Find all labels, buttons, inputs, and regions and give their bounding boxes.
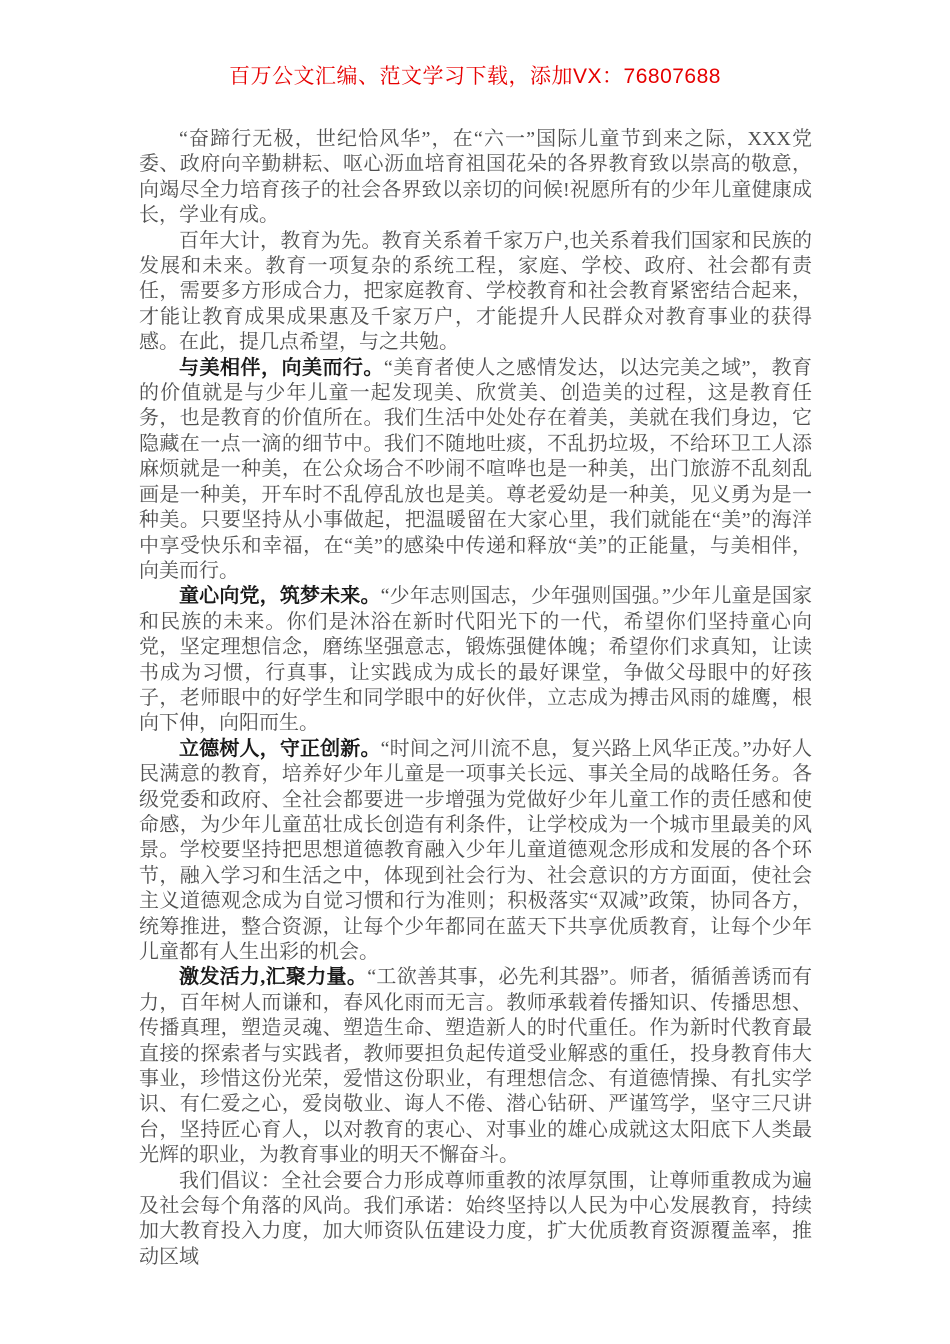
document-page: 百万公文汇编、范文学习下载，添加VX：76807688 “奋蹄行无极，世纪恰风华… <box>0 0 950 1344</box>
watermark-banner: 百万公文汇编、范文学习下载，添加VX：76807688 <box>0 64 950 90</box>
paragraph-vitality: 激发活力,汇聚力量。“工欲善其事，必先利其器”。师者，循循善诱而有力，百年树人而… <box>139 965 812 1168</box>
paragraph-beauty: 与美相伴，向美而行。“美育者使人之感情发达，以达完美之域”，教育的价值就是与少年… <box>139 356 812 585</box>
paragraph-text: 百年大计，教育为先。教育关系着千家万户,也关系着我们国家和民族的发展和未来。教育… <box>139 230 812 354</box>
paragraph-lead: 激发活力,汇聚力量。 <box>179 966 367 988</box>
paragraph-childheart: 童心向党，筑梦未来。“少年志则国志，少年强则国强。”少年儿童是国家和民族的未来。… <box>139 584 812 736</box>
paragraph-initiative: 我们倡议：全社会要合力形成尊师重教的浓厚氛围，让尊师重教成为遍及社会每个角落的风… <box>139 1169 812 1271</box>
document-body: “奋蹄行无极，世纪恰风华”，在“六一”国际儿童节到来之际，XXX党委、政府向辛勤… <box>139 127 812 1270</box>
paragraph-text: 我们倡议：全社会要合力形成尊师重教的浓厚氛围，让尊师重教成为遍及社会每个角落的风… <box>139 1170 812 1268</box>
paragraph-text: “工欲善其事，必先利其器”。师者，循循善诱而有力，百年树人而谦和，春风化雨而无言… <box>139 966 812 1166</box>
paragraph-lead: 童心向党，筑梦未来。 <box>179 585 381 607</box>
paragraph-text: “奋蹄行无极，世纪恰风华”，在“六一”国际儿童节到来之际，XXX党委、政府向辛勤… <box>139 128 812 226</box>
paragraph-lead: 立德树人，守正创新。 <box>179 738 381 760</box>
paragraph-education-first: 百年大计，教育为先。教育关系着千家万户,也关系着我们国家和民族的发展和未来。教育… <box>139 229 812 356</box>
paragraph-text: “时间之河川流不息，复兴路上风华正茂。”办好人民满意的教育，培养好少年儿童是一项… <box>139 738 812 963</box>
paragraph-text: “少年志则国志，少年强则国强。”少年儿童是国家和民族的未来。你们是沐浴在新时代阳… <box>139 585 812 734</box>
paragraph-morality: 立德树人，守正创新。“时间之河川流不息，复兴路上风华正茂。”办好人民满意的教育，… <box>139 737 812 966</box>
paragraph-lead: 与美相伴，向美而行。 <box>179 357 384 379</box>
paragraph-text: “美育者使人之感情发达，以达完美之域”，教育的价值就是与少年儿童一起发现美、欣赏… <box>139 357 812 582</box>
paragraph-intro: “奋蹄行无极，世纪恰风华”，在“六一”国际儿童节到来之际，XXX党委、政府向辛勤… <box>139 127 812 229</box>
